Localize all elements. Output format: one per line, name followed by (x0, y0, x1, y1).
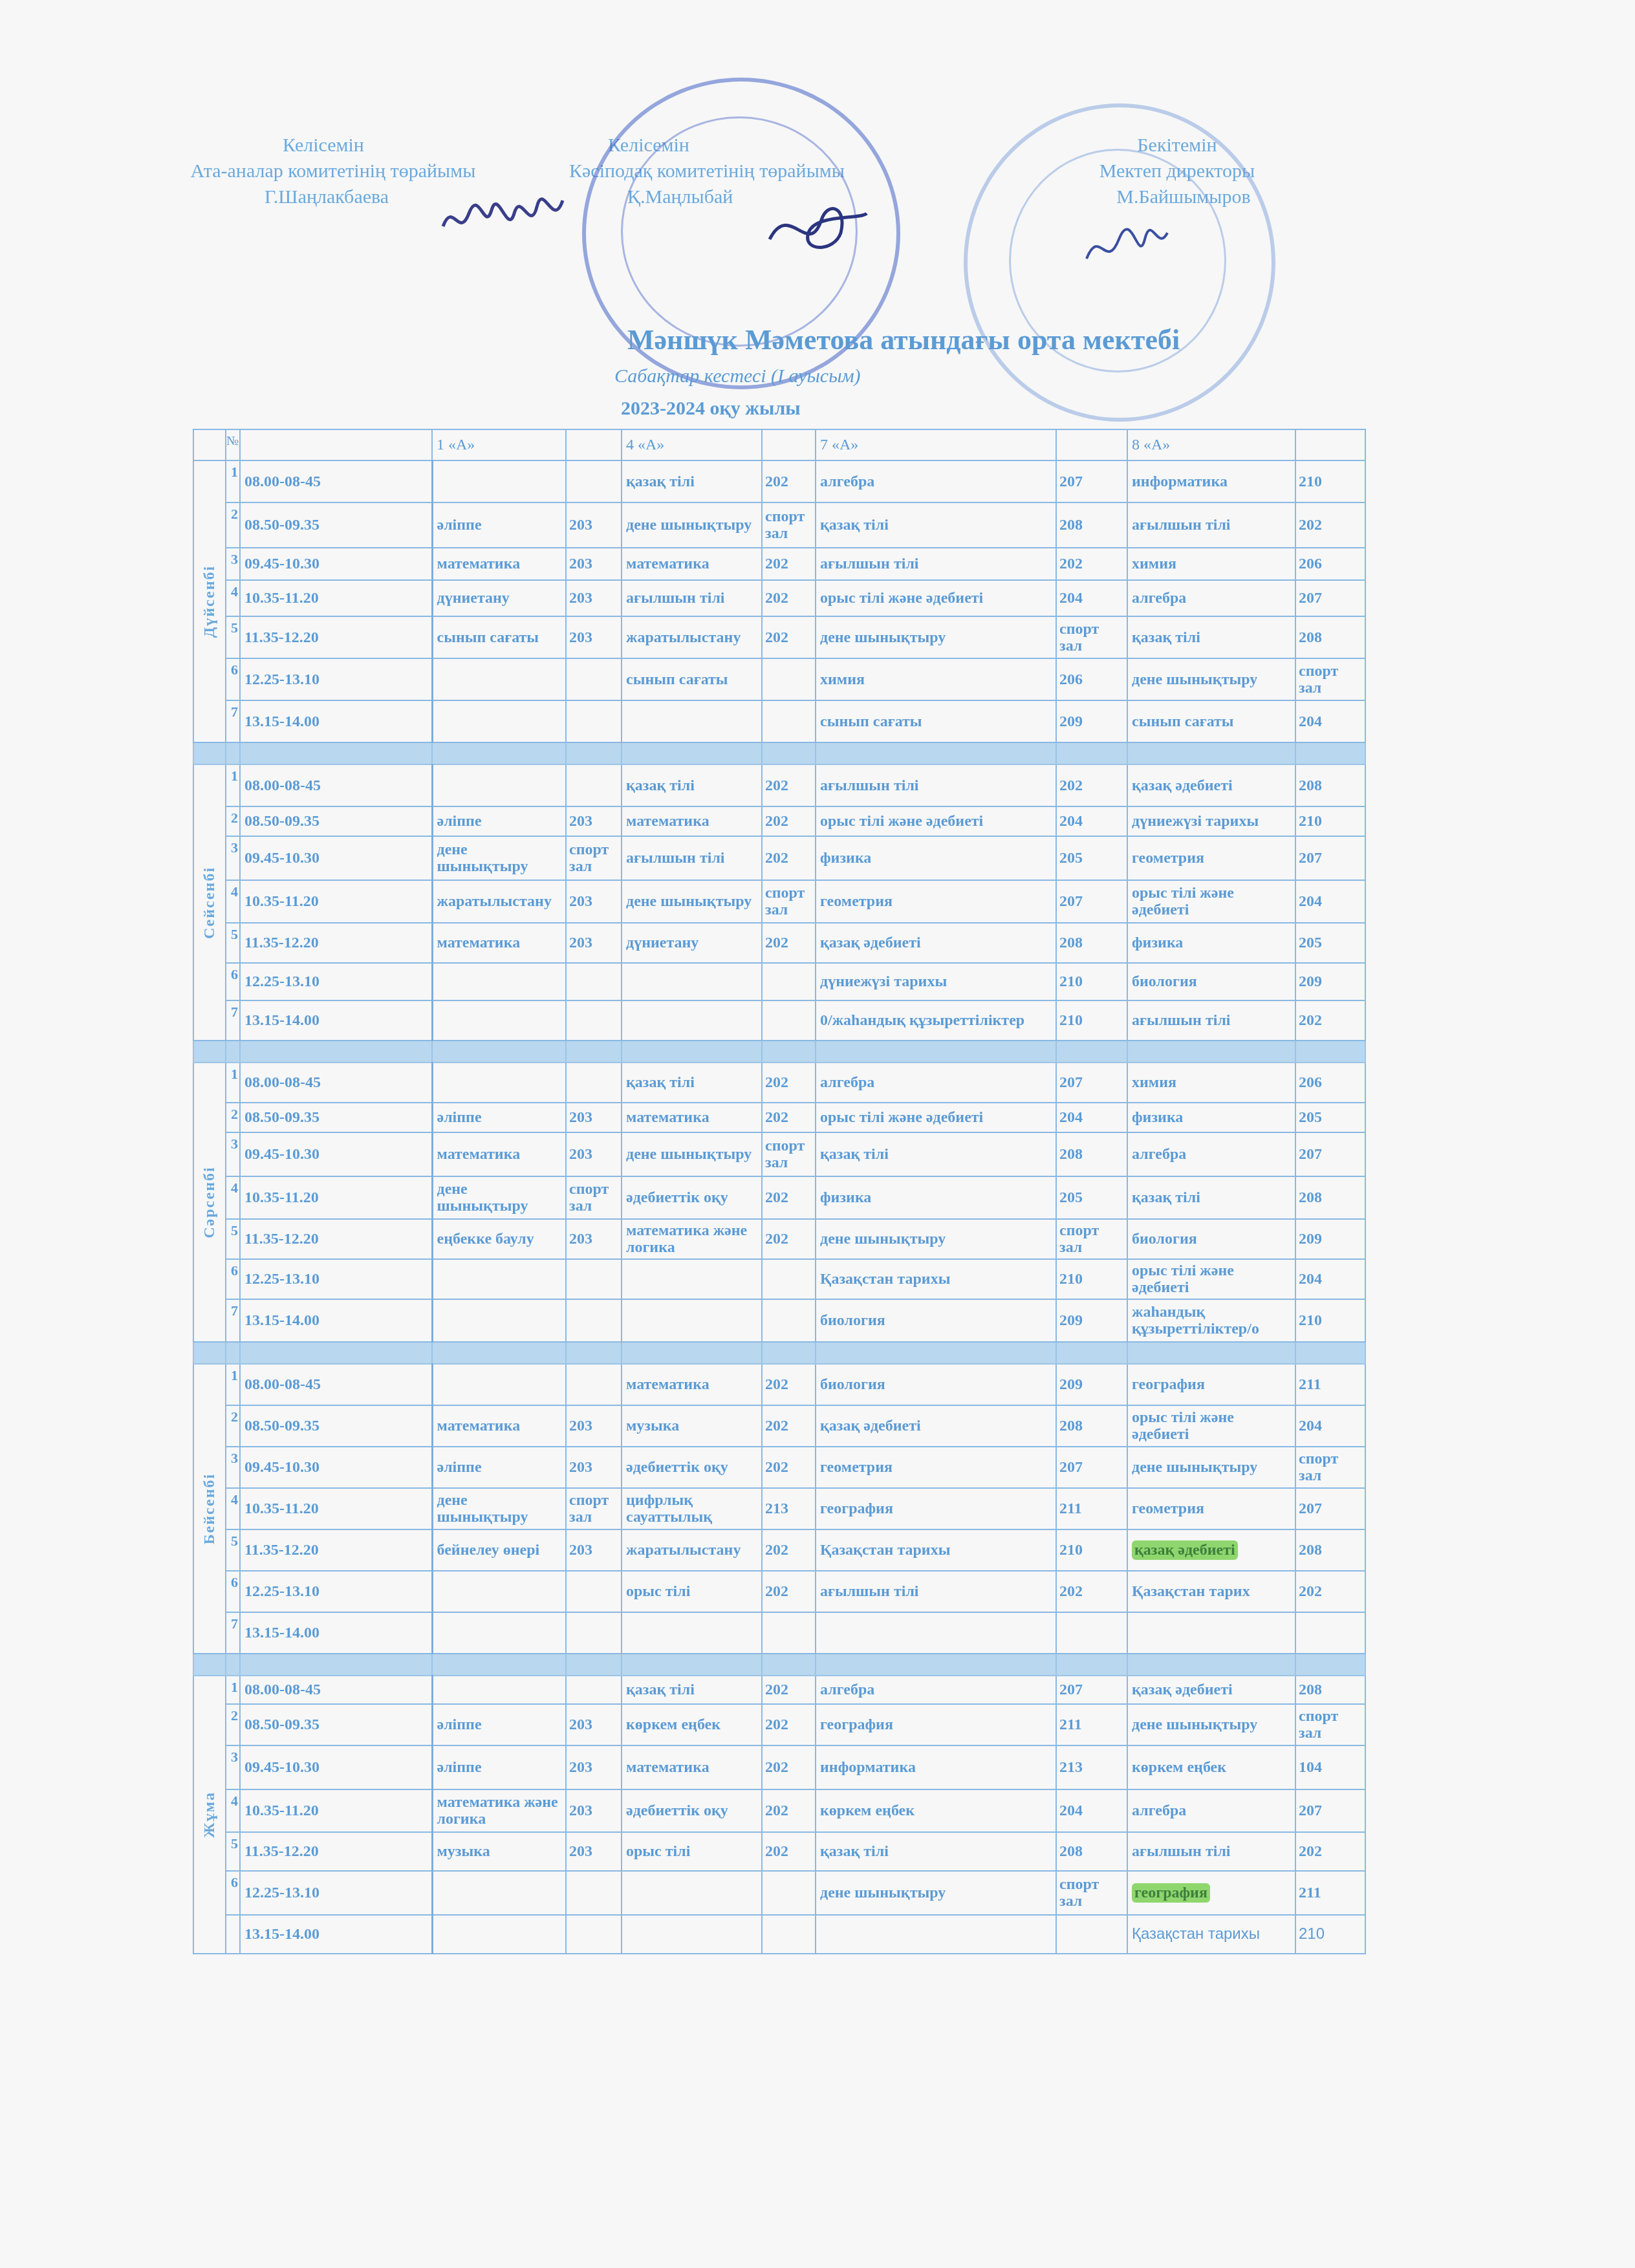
subject-7a (816, 1612, 1056, 1654)
day-header-cell (193, 429, 226, 460)
room-8a: спорт зал (1295, 1447, 1365, 1488)
separator-cell (1127, 1041, 1295, 1063)
subject-1a (432, 1364, 566, 1405)
subject-7a: биология (816, 1364, 1056, 1405)
room-7a: 207 (1056, 1676, 1127, 1704)
lesson-row: 612.25-13.10сынып сағатыхимия206дене шын… (193, 658, 1365, 700)
room-7a: 204 (1056, 580, 1127, 616)
room-4a (762, 1871, 816, 1915)
separator-cell (566, 1654, 622, 1676)
lesson-time: 08.00-08-45 (240, 460, 432, 502)
room-8a: 206 (1295, 1063, 1365, 1103)
room-7a: 208 (1056, 923, 1127, 963)
lesson-time: 11.35-12.20 (240, 1219, 432, 1259)
lesson-number: 1 (226, 764, 240, 806)
subject-1a (432, 963, 566, 1000)
room-4a: 202 (762, 1745, 816, 1789)
room-8a: 211 (1295, 1871, 1365, 1915)
room-4a: спорт зал (762, 502, 816, 548)
subject-4a: әдебиеттік оқу (622, 1447, 762, 1488)
lesson-time: 09.45-10.30 (240, 1745, 432, 1789)
lesson-number: 3 (226, 1132, 240, 1176)
subject-7a: химия (816, 658, 1056, 700)
subject-8a: орыс тілі және әдебиеті (1127, 1259, 1295, 1299)
room-8a: 202 (1295, 1000, 1365, 1041)
subject-8a: ағылшын тілі (1127, 502, 1295, 548)
day-cell: Бейсенбі (193, 1364, 226, 1654)
room-8a: 207 (1295, 580, 1365, 616)
room-4a: 202 (762, 764, 816, 806)
room-7a: 213 (1056, 1745, 1127, 1789)
room-1a (566, 764, 622, 806)
lesson-row: 208.50-09.35әліппе203дене шынықтыруспорт… (193, 502, 1365, 548)
subject-7a: алгебра (816, 1063, 1056, 1103)
lesson-number: 5 (226, 1219, 240, 1259)
lesson-time: 10.35-11.20 (240, 580, 432, 616)
subject-7a: геометрия (816, 880, 1056, 923)
room-7a: 208 (1056, 1132, 1127, 1176)
lesson-time: 11.35-12.20 (240, 923, 432, 963)
room-8a: 204 (1295, 880, 1365, 923)
lesson-row: 713.15-14.00сынып сағаты209сынып сағаты2… (193, 700, 1365, 742)
approval-role: Ата-аналар комитетінің төрайымы (136, 158, 530, 184)
lesson-number: 3 (226, 548, 240, 580)
separator-cell (226, 1342, 240, 1364)
subject-8a: Қазақстан тарих (1127, 1571, 1295, 1612)
room-4a: 202 (762, 836, 816, 880)
day-cell: Сәрсенбі (193, 1063, 226, 1342)
lesson-number: 7 (226, 1299, 240, 1342)
subject-8a: қазақ тілі (1127, 616, 1295, 658)
day-cell: Дүйсенбі (193, 460, 226, 742)
subject-1a: дүниетану (432, 580, 566, 616)
subject-1a (432, 1871, 566, 1915)
subject-7a: физика (816, 836, 1056, 880)
lesson-time: 13.15-14.00 (240, 1299, 432, 1342)
room-1a: спорт зал (566, 1176, 622, 1219)
separator-cell (566, 1342, 622, 1364)
lesson-time: 08.00-08-45 (240, 764, 432, 806)
room-8a: 204 (1295, 700, 1365, 742)
subject-4a (622, 1612, 762, 1654)
subject-8a: дене шынықтыру (1127, 1447, 1295, 1488)
subject-1a: математика және логика (432, 1789, 566, 1832)
subject-4a: математика және логика (622, 1219, 762, 1259)
room-1a: 203 (566, 880, 622, 923)
separator-cell (816, 1654, 1056, 1676)
lesson-time: 13.15-14.00 (240, 1915, 432, 1954)
room-4a (762, 1259, 816, 1299)
lesson-time: 08.00-08-45 (240, 1364, 432, 1405)
lesson-time: 10.35-11.20 (240, 1488, 432, 1529)
lesson-number: 1 (226, 460, 240, 502)
room-1a: спорт зал (566, 1488, 622, 1529)
separator-cell (193, 1654, 226, 1676)
separator-cell (432, 742, 566, 764)
subject-4a: дене шынықтыру (622, 1132, 762, 1176)
day-separator-row (193, 1654, 1365, 1676)
subject-1a (432, 1571, 566, 1612)
lesson-row: 208.50-09.35әліппе203математика202орыс т… (193, 1103, 1365, 1132)
lesson-number: 7 (226, 700, 240, 742)
subject-7a: ағылшын тілі (816, 764, 1056, 806)
subject-1a: әліппе (432, 1103, 566, 1132)
day-label: Бейсенбі (201, 1473, 218, 1544)
separator-cell (193, 1041, 226, 1063)
subject-4a: дүниетану (622, 923, 762, 963)
separator-cell (240, 1654, 432, 1676)
subject-7a: орыс тілі және әдебиеті (816, 1103, 1056, 1132)
subject-1a (432, 460, 566, 502)
subject-8a: информатика (1127, 460, 1295, 502)
subject-8a: орыс тілі және әдебиеті (1127, 1405, 1295, 1447)
room-1a: 203 (566, 1832, 622, 1871)
room-header (566, 429, 622, 460)
subject-8a: физика (1127, 923, 1295, 963)
subject-4a: әдебиеттік оқу (622, 1176, 762, 1219)
class-7a-header: 7 «А» (816, 429, 1056, 460)
lesson-row: 410.35-11.20математика және логика203әде… (193, 1789, 1365, 1832)
lesson-row: Жұма108.00-08-45қазақ тілі202алгебра207қ… (193, 1676, 1365, 1704)
separator-cell (816, 742, 1056, 764)
subject-4a: математика (622, 1745, 762, 1789)
room-1a (566, 1612, 622, 1654)
room-7a: 207 (1056, 1447, 1127, 1488)
room-8a: 208 (1295, 764, 1365, 806)
subject-7a: қазақ тілі (816, 502, 1056, 548)
subject-8a: ағылшын тілі (1127, 1000, 1295, 1041)
room-4a: 202 (762, 1571, 816, 1612)
subject-7a: дене шынықтыру (816, 616, 1056, 658)
room-7a: 209 (1056, 1364, 1127, 1405)
room-1a: 203 (566, 1405, 622, 1447)
lesson-row: Бейсенбі108.00-08-45математика202биологи… (193, 1364, 1365, 1405)
lesson-time: 12.25-13.10 (240, 1871, 432, 1915)
subject-1a (432, 1063, 566, 1103)
room-8a: 208 (1295, 1529, 1365, 1571)
lesson-time: 08.50-09.35 (240, 1103, 432, 1132)
subject-8a: география (1127, 1364, 1295, 1405)
room-4a: 202 (762, 1529, 816, 1571)
room-8a: 210 (1295, 1915, 1365, 1954)
day-cell: Сейсенбі (193, 764, 226, 1041)
subject-4a: жаратылыстану (622, 616, 762, 658)
room-8a: 207 (1295, 1789, 1365, 1832)
room-8a: 210 (1295, 1299, 1365, 1342)
subject-4a: қазақ тілі (622, 1676, 762, 1704)
subject-7a: геометрия (816, 1447, 1056, 1488)
subject-7a: дене шынықтыру (816, 1871, 1056, 1915)
lesson-time: 09.45-10.30 (240, 1447, 432, 1488)
room-7a: 204 (1056, 1789, 1127, 1832)
lesson-number: 2 (226, 502, 240, 548)
lesson-number: 1 (226, 1676, 240, 1704)
subject-8a: орыс тілі және әдебиеті (1127, 880, 1295, 923)
subject-7a: қазақ әдебиеті (816, 1405, 1056, 1447)
subject-8a: ағылшын тілі (1127, 1832, 1295, 1871)
room-8a (1295, 1612, 1365, 1654)
room-8a: 205 (1295, 1103, 1365, 1132)
room-4a: 202 (762, 923, 816, 963)
lesson-row: 612.25-13.10дүниежүзі тарихы210биология2… (193, 963, 1365, 1000)
subject-8a (1127, 1612, 1295, 1654)
separator-cell (566, 742, 622, 764)
room-4a: 202 (762, 548, 816, 580)
separator-cell (1056, 1654, 1127, 1676)
room-4a: 202 (762, 1219, 816, 1259)
separator-cell (432, 1041, 566, 1063)
room-4a: 202 (762, 1176, 816, 1219)
subject-7a: физика (816, 1176, 1056, 1219)
lesson-time: 08.50-09.35 (240, 806, 432, 836)
lesson-number: 7 (226, 1612, 240, 1654)
separator-cell (762, 1041, 816, 1063)
lesson-number: 5 (226, 1832, 240, 1871)
lesson-number: 2 (226, 806, 240, 836)
room-header (1295, 429, 1365, 460)
lesson-time: 12.25-13.10 (240, 658, 432, 700)
lesson-time: 09.45-10.30 (240, 836, 432, 880)
subject-1a: математика (432, 923, 566, 963)
lesson-row: 713.15-14.000/жаһандық құзыреттіліктер21… (193, 1000, 1365, 1041)
room-7a: 202 (1056, 1571, 1127, 1612)
separator-cell (226, 1654, 240, 1676)
subject-7a: дүниежүзі тарихы (816, 963, 1056, 1000)
lesson-time: 13.15-14.00 (240, 1612, 432, 1654)
subject-4a: орыс тілі (622, 1832, 762, 1871)
subject-1a: сынып сағаты (432, 616, 566, 658)
room-4a (762, 700, 816, 742)
room-4a: 202 (762, 1364, 816, 1405)
room-7a: спорт зал (1056, 616, 1127, 658)
lesson-row: 713.15-14.00 (193, 1612, 1365, 1654)
lesson-row: 410.35-11.20жаратылыстану203дене шынықты… (193, 880, 1365, 923)
lesson-row: 208.50-09.35әліппе203көркем еңбек202геог… (193, 1704, 1365, 1745)
room-1a: 203 (566, 1529, 622, 1571)
lesson-row: 410.35-11.20дене шынықтыруспорт заләдеби… (193, 1176, 1365, 1219)
room-4a: 213 (762, 1488, 816, 1529)
subject-1a: еңбекке баулу (432, 1219, 566, 1259)
room-7a: 204 (1056, 1103, 1127, 1132)
lesson-time: 08.00-08-45 (240, 1676, 432, 1704)
subject-8a: қазақ тілі (1127, 1176, 1295, 1219)
subject-1a: әліппе (432, 806, 566, 836)
room-1a (566, 1871, 622, 1915)
subject-7a: орыс тілі және әдебиеті (816, 580, 1056, 616)
lesson-time: 08.50-09.35 (240, 502, 432, 548)
room-1a (566, 1259, 622, 1299)
subject-4a (622, 1259, 762, 1299)
separator-cell (1295, 1654, 1365, 1676)
room-4a: 202 (762, 806, 816, 836)
room-7a: 208 (1056, 1832, 1127, 1871)
lesson-row: Дүйсенбі108.00-08-45қазақ тілі202алгебра… (193, 460, 1365, 502)
subject-4a: дене шынықтыру (622, 502, 762, 548)
separator-cell (226, 742, 240, 764)
lesson-time: 11.35-12.20 (240, 616, 432, 658)
academic-year: 2023-2024 оқу жылы (621, 398, 801, 420)
room-7a: 210 (1056, 1259, 1127, 1299)
subject-8a: қазақ әдебиеті (1127, 1529, 1295, 1571)
subject-8a: химия (1127, 1063, 1295, 1103)
lesson-time: 13.15-14.00 (240, 1000, 432, 1041)
room-header (762, 429, 816, 460)
subject-4a: ағылшын тілі (622, 580, 762, 616)
subject-4a: көркем еңбек (622, 1704, 762, 1745)
room-header (1056, 429, 1127, 460)
lesson-row: 511.35-12.20сынып сағаты203жаратылыстану… (193, 616, 1365, 658)
room-4a: 202 (762, 1704, 816, 1745)
lesson-row: 612.25-13.10дене шынықтыруспорт залгеогр… (193, 1871, 1365, 1915)
lesson-number: 3 (226, 836, 240, 880)
subject-8a: геометрия (1127, 1488, 1295, 1529)
subject-4a (622, 1000, 762, 1041)
subject-7a: Қазақстан тарихы (816, 1529, 1056, 1571)
lesson-number: 1 (226, 1063, 240, 1103)
room-8a: 208 (1295, 1176, 1365, 1219)
lesson-number: 4 (226, 1789, 240, 1832)
subject-1a: музыка (432, 1832, 566, 1871)
lesson-time: 09.45-10.30 (240, 1132, 432, 1176)
subject-8a: химия (1127, 548, 1295, 580)
subject-4a: математика (622, 1364, 762, 1405)
separator-cell (1295, 1342, 1365, 1364)
separator-cell (566, 1041, 622, 1063)
lesson-number: 6 (226, 658, 240, 700)
lesson-number: 3 (226, 1447, 240, 1488)
lesson-number: 4 (226, 1176, 240, 1219)
room-4a: 202 (762, 460, 816, 502)
room-7a: 209 (1056, 700, 1127, 742)
room-1a: 203 (566, 806, 622, 836)
room-1a (566, 1571, 622, 1612)
subject-4a: қазақ тілі (622, 1063, 762, 1103)
separator-cell (240, 1041, 432, 1063)
subject-1a: математика (432, 1132, 566, 1176)
lesson-row: 309.45-10.30әліппе203әдебиеттік оқу202ге… (193, 1447, 1365, 1488)
room-1a (566, 1364, 622, 1405)
subject-4a (622, 963, 762, 1000)
room-1a (566, 460, 622, 502)
room-1a: 203 (566, 1219, 622, 1259)
lesson-row: 511.35-12.20еңбекке баулу203математика ж… (193, 1219, 1365, 1259)
room-7a: спорт зал (1056, 1219, 1127, 1259)
signature-parents (440, 188, 569, 246)
subject-7a: орыс тілі және әдебиеті (816, 806, 1056, 836)
separator-cell (1127, 1654, 1295, 1676)
lesson-time: 08.00-08-45 (240, 1063, 432, 1103)
room-1a: 203 (566, 1103, 622, 1132)
subject-8a: биология (1127, 1219, 1295, 1259)
separator-cell (432, 1654, 566, 1676)
subject-7a: алгебра (816, 1676, 1056, 1704)
subject-8a: геометрия (1127, 836, 1295, 880)
room-4a: 202 (762, 1447, 816, 1488)
lesson-row: 410.35-11.20дене шынықтыруспорт залцифрл… (193, 1488, 1365, 1529)
lesson-row: 713.15-14.00биология209жаһандық құзыретт… (193, 1299, 1365, 1342)
room-1a (566, 1676, 622, 1704)
room-1a (566, 963, 622, 1000)
separator-cell (226, 1041, 240, 1063)
room-4a: спорт зал (762, 1132, 816, 1176)
subject-8a: география (1127, 1871, 1295, 1915)
room-8a: 208 (1295, 1676, 1365, 1704)
subject-4a: музыка (622, 1405, 762, 1447)
room-1a: 203 (566, 548, 622, 580)
separator-cell (762, 1342, 816, 1364)
room-8a: 204 (1295, 1405, 1365, 1447)
subject-1a: әліппе (432, 1447, 566, 1488)
lesson-row: 309.45-10.30дене шынықтыруспорт залағылш… (193, 836, 1365, 880)
room-7a: спорт зал (1056, 1871, 1127, 1915)
room-1a: 203 (566, 1704, 622, 1745)
highlighted-subject: география (1132, 1883, 1210, 1903)
room-7a (1056, 1915, 1127, 1954)
room-4a: 202 (762, 1832, 816, 1871)
subject-4a (622, 1871, 762, 1915)
subject-4a: қазақ тілі (622, 764, 762, 806)
room-8a: 209 (1295, 1219, 1365, 1259)
separator-cell (240, 742, 432, 764)
day-separator-row (193, 1041, 1365, 1063)
room-4a: 202 (762, 1063, 816, 1103)
separator-cell (240, 1342, 432, 1364)
day-separator-row (193, 1342, 1365, 1364)
room-1a: спорт зал (566, 836, 622, 880)
lesson-number: 6 (226, 963, 240, 1000)
subject-1a: әліппе (432, 1704, 566, 1745)
lesson-time: 10.35-11.20 (240, 1789, 432, 1832)
room-4a: 202 (762, 1103, 816, 1132)
lesson-number: 4 (226, 880, 240, 923)
room-1a: 203 (566, 1132, 622, 1176)
subject-8a: биология (1127, 963, 1295, 1000)
room-7a: 208 (1056, 502, 1127, 548)
lesson-time: 12.25-13.10 (240, 1259, 432, 1299)
subject-8a: дүниежүзі тарихы (1127, 806, 1295, 836)
subject-4a: математика (622, 1103, 762, 1132)
subject-1a (432, 1915, 566, 1954)
room-4a: 202 (762, 580, 816, 616)
separator-cell (622, 1342, 762, 1364)
day-label: Сәрсенбі (201, 1166, 218, 1238)
header-row: № 1 «А» 4 «А» 7 «А» 8 «А» (193, 429, 1365, 460)
room-1a: 203 (566, 1745, 622, 1789)
lesson-time: 12.25-13.10 (240, 1571, 432, 1612)
room-4a (762, 1915, 816, 1954)
lesson-time: 10.35-11.20 (240, 880, 432, 923)
room-4a: 202 (762, 1405, 816, 1447)
highlighted-subject: қазақ әдебиеті (1132, 1540, 1238, 1560)
subject-7a: география (816, 1488, 1056, 1529)
separator-cell (816, 1041, 1056, 1063)
separator-cell (1295, 742, 1365, 764)
room-8a: 207 (1295, 1132, 1365, 1176)
room-4a: 202 (762, 1676, 816, 1704)
class-1a-header: 1 «А» (432, 429, 566, 460)
subject-1a (432, 700, 566, 742)
subject-4a: қазақ тілі (622, 460, 762, 502)
lesson-time: 08.50-09.35 (240, 1704, 432, 1745)
time-header (240, 429, 432, 460)
subject-1a (432, 658, 566, 700)
room-8a: 210 (1295, 806, 1365, 836)
subject-1a: математика (432, 548, 566, 580)
subject-4a: дене шынықтыру (622, 880, 762, 923)
room-7a: 205 (1056, 1176, 1127, 1219)
subject-7a: қазақ әдебиеті (816, 923, 1056, 963)
lesson-row: 511.35-12.20музыка203орыс тілі202қазақ т… (193, 1832, 1365, 1871)
